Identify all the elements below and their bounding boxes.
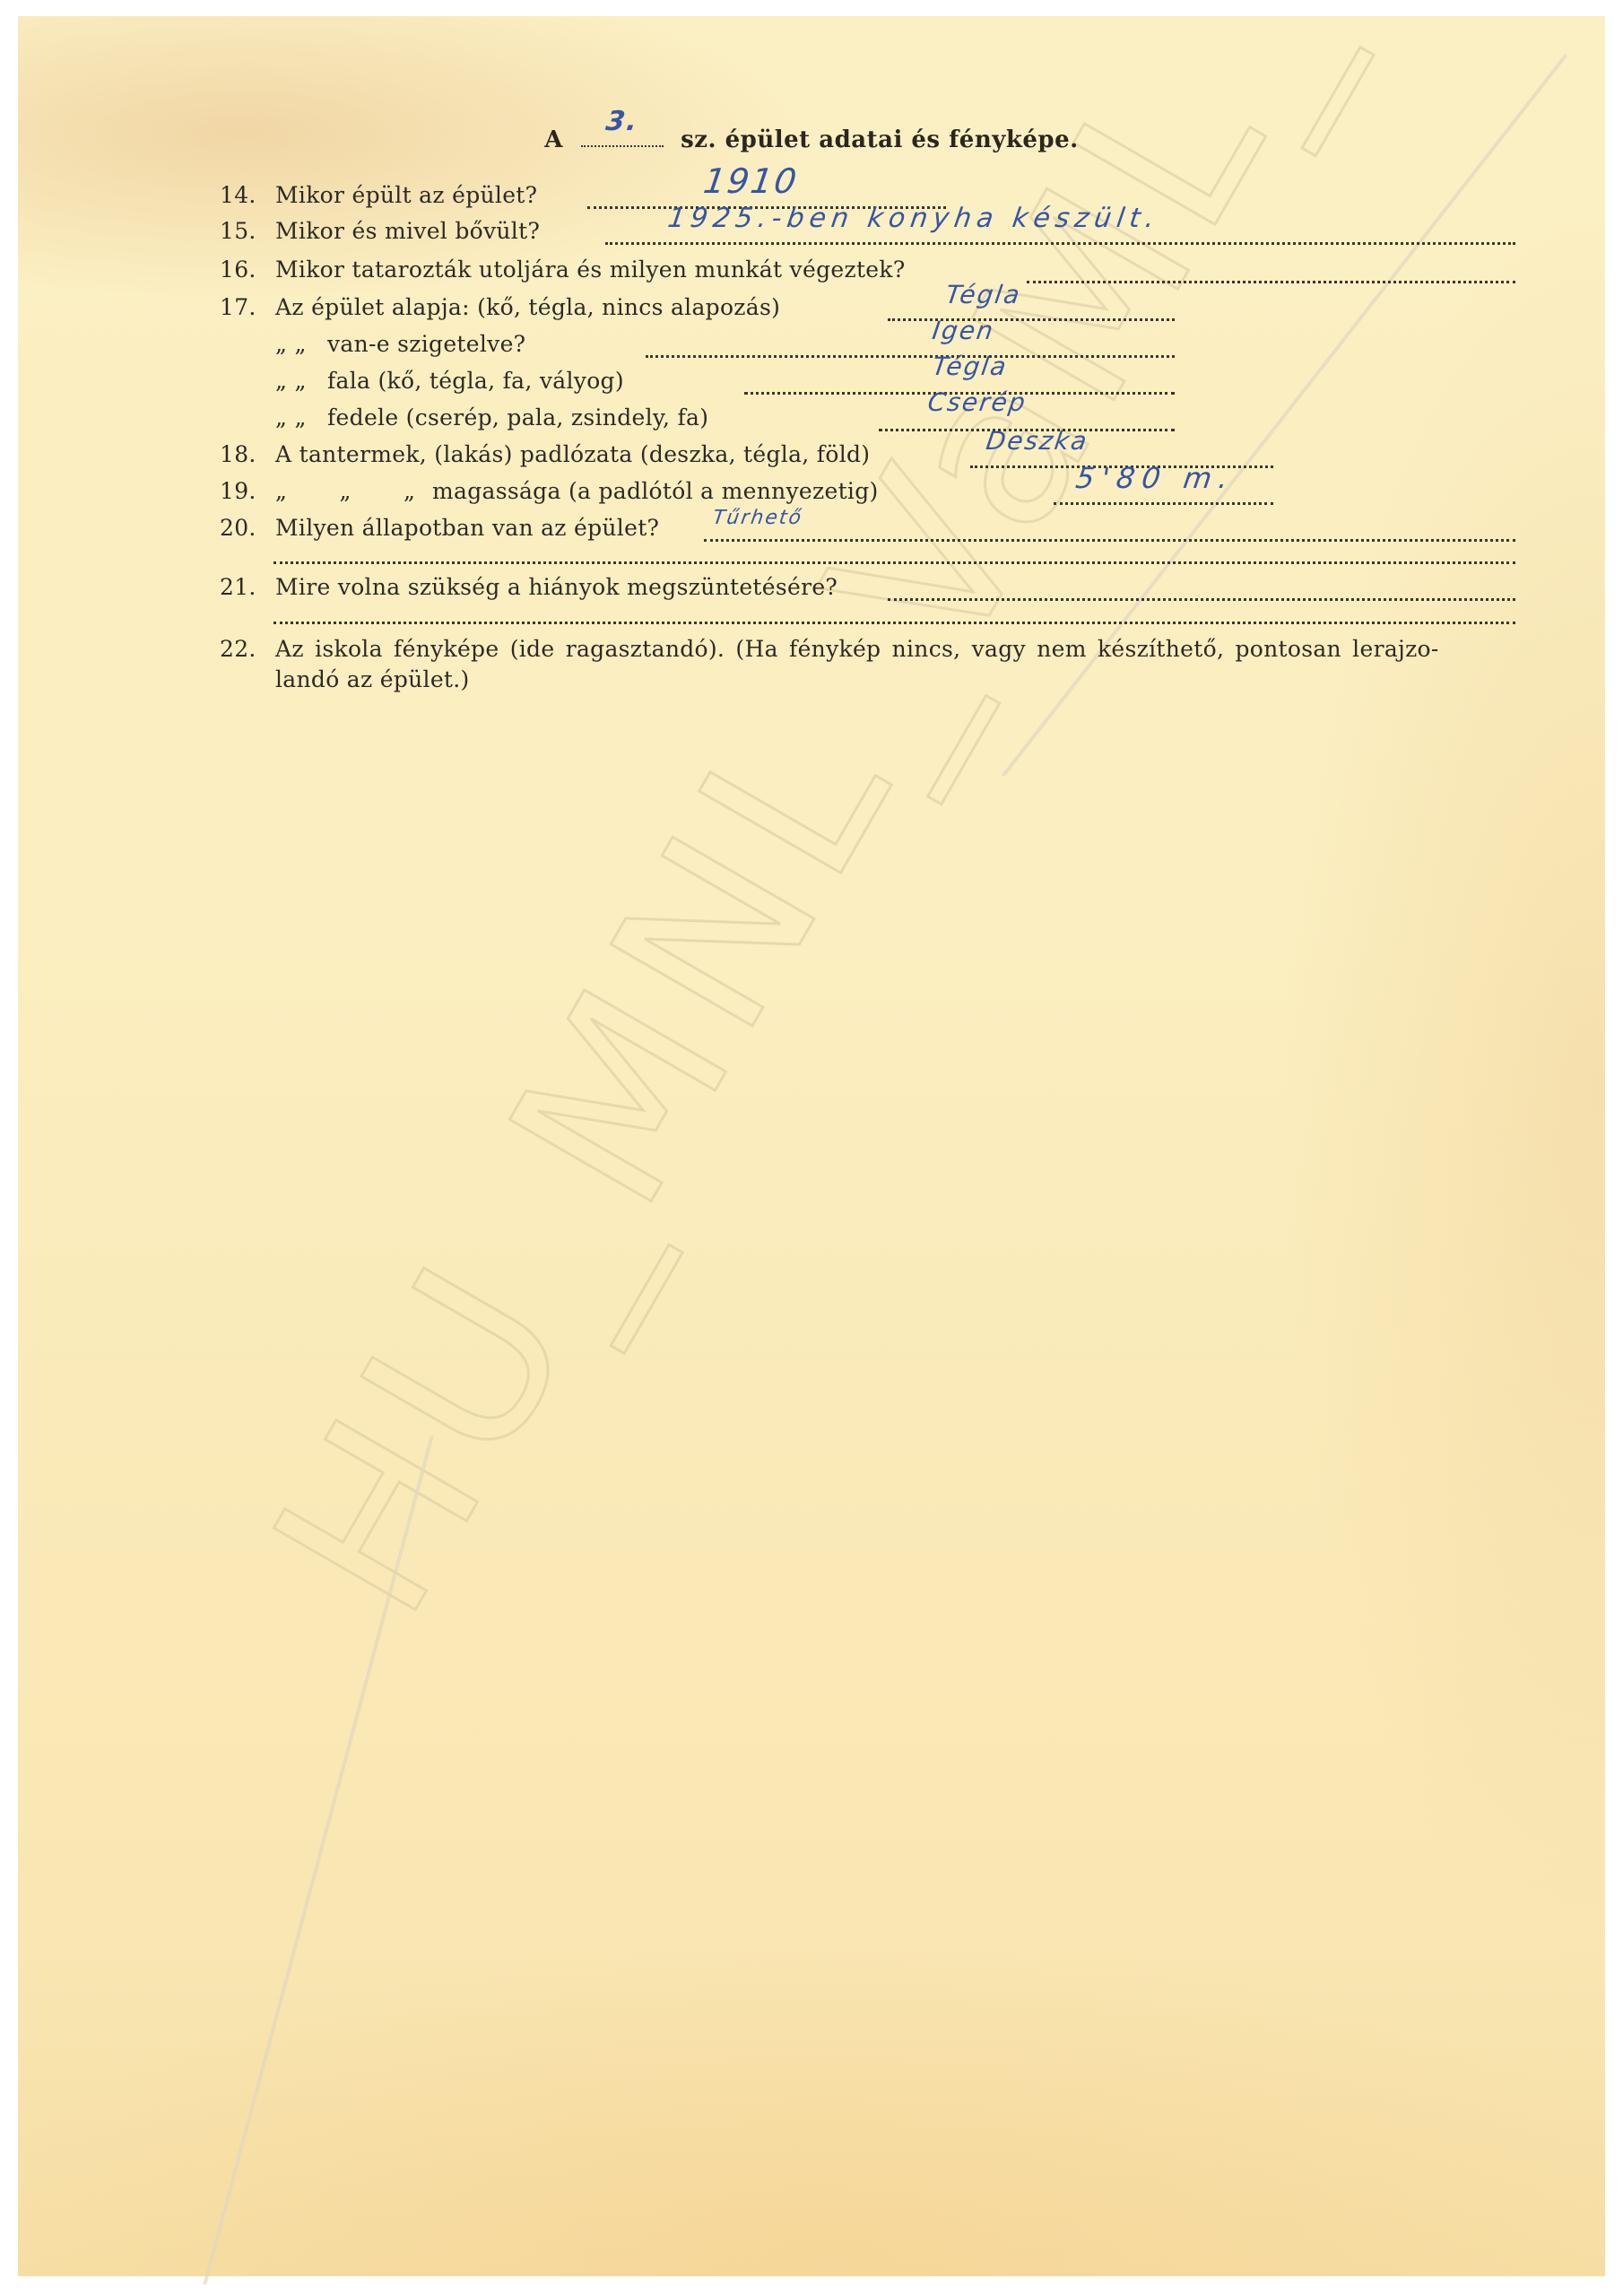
question-20: 20.Milyen állapotban van az épület? bbox=[220, 512, 659, 544]
question-text: Mire volna szükség a hiányok megszünteté… bbox=[275, 574, 838, 600]
answer-line-17-insulation bbox=[646, 355, 1175, 358]
question-22: 22.Az iskola fényképe (ide ragasztandó).… bbox=[220, 633, 1439, 665]
question-text: Mikor és mivel bővült? bbox=[275, 218, 540, 244]
answer-20: Tűrhető bbox=[711, 507, 804, 529]
question-17-wall: „ „fala (kő, tégla, fa, vályog) bbox=[220, 365, 624, 397]
question-number: 22. bbox=[220, 633, 275, 665]
answer-14: 1910 bbox=[701, 161, 801, 201]
question-text: fala (kő, tégla, fa, vályog) bbox=[327, 368, 624, 394]
question-text: fedele (cserép, pala, zsindely, fa) bbox=[327, 404, 708, 430]
answer-line-21-continued bbox=[273, 622, 1515, 624]
answer-line-16 bbox=[1027, 281, 1515, 283]
answer-line-20-continued bbox=[273, 561, 1515, 564]
question-16: 16.Mikor tatarozták utoljára és milyen m… bbox=[220, 254, 906, 286]
question-number: 21. bbox=[220, 571, 275, 604]
title-prefix: A bbox=[544, 126, 563, 153]
question-text: Az iskola fényképe (ide ragasztandó). (H… bbox=[275, 636, 1439, 662]
answer-17: Tégla bbox=[944, 280, 1023, 309]
question-number: 14. bbox=[220, 179, 275, 212]
question-text: Mikor tatarozták utoljára és milyen munk… bbox=[275, 257, 906, 283]
question-17-insulation: „ „van-e szigetelve? bbox=[220, 328, 525, 361]
question-number: 17. bbox=[220, 291, 275, 324]
question-number: 16. bbox=[220, 254, 275, 286]
question-number: 19. bbox=[220, 475, 275, 508]
question-17: 17.Az épület alapja: (kő, tégla, nincs a… bbox=[220, 291, 780, 324]
page-title: A 3. sz. épület adatai és fényképe. bbox=[0, 124, 1623, 153]
question-15: 15.Mikor és mivel bővült? bbox=[220, 215, 540, 248]
answer-line-20 bbox=[704, 539, 1515, 542]
question-18: 18.A tantermek, (lakás) padlózata (deszk… bbox=[220, 439, 870, 471]
question-text: Milyen állapotban van az épület? bbox=[275, 515, 659, 541]
answer-19: 5'80 m. bbox=[1073, 461, 1237, 495]
building-number-field: 3. bbox=[581, 124, 664, 147]
question-number: 20. bbox=[220, 512, 275, 544]
answer-line-15 bbox=[605, 242, 1515, 245]
question-text: Az épület alapja: (kő, tégla, nincs alap… bbox=[275, 294, 780, 320]
question-text: A tantermek, (lakás) padlózata (deszka, … bbox=[275, 441, 870, 467]
answer-line-21 bbox=[888, 598, 1515, 601]
question-19: 19.„ „ „magassága (a padlótól a mennyeze… bbox=[220, 475, 879, 508]
question-21: 21.Mire volna szükség a hiányok megszünt… bbox=[220, 571, 838, 604]
question-text: Mikor épült az épület? bbox=[275, 182, 537, 208]
question-text: van-e szigetelve? bbox=[327, 331, 525, 357]
question-number: 15. bbox=[220, 215, 275, 248]
question-17-roof: „ „fedele (cserép, pala, zsindely, fa) bbox=[220, 402, 708, 434]
answer-15: 1925.-ben konyha készült. bbox=[666, 203, 1162, 234]
question-14: 14.Mikor épült az épület? bbox=[220, 179, 537, 212]
answer-line-19 bbox=[1054, 502, 1273, 505]
question-text: landó az épület.) bbox=[275, 666, 470, 692]
question-number: 18. bbox=[220, 439, 275, 471]
ditto-marks: „ „ bbox=[275, 402, 327, 434]
ditto-marks: „ „ bbox=[275, 328, 327, 361]
answer-17-wall: Tégla bbox=[931, 352, 1010, 381]
building-number-handwritten: 3. bbox=[603, 106, 640, 137]
ditto-marks: „ „ „ bbox=[275, 475, 432, 508]
question-text: magassága (a padlótól a mennyezetig) bbox=[432, 478, 879, 504]
answer-line-17 bbox=[888, 318, 1175, 321]
ditto-marks: „ „ bbox=[275, 365, 327, 397]
answer-17-insulation: Igen bbox=[931, 316, 997, 345]
title-suffix: sz. épület adatai és fényképe. bbox=[681, 126, 1079, 153]
answer-18: Deszka bbox=[985, 426, 1090, 456]
answer-17-roof: Cserép bbox=[926, 387, 1029, 417]
question-22-continued: landó az épület.) bbox=[275, 664, 470, 696]
